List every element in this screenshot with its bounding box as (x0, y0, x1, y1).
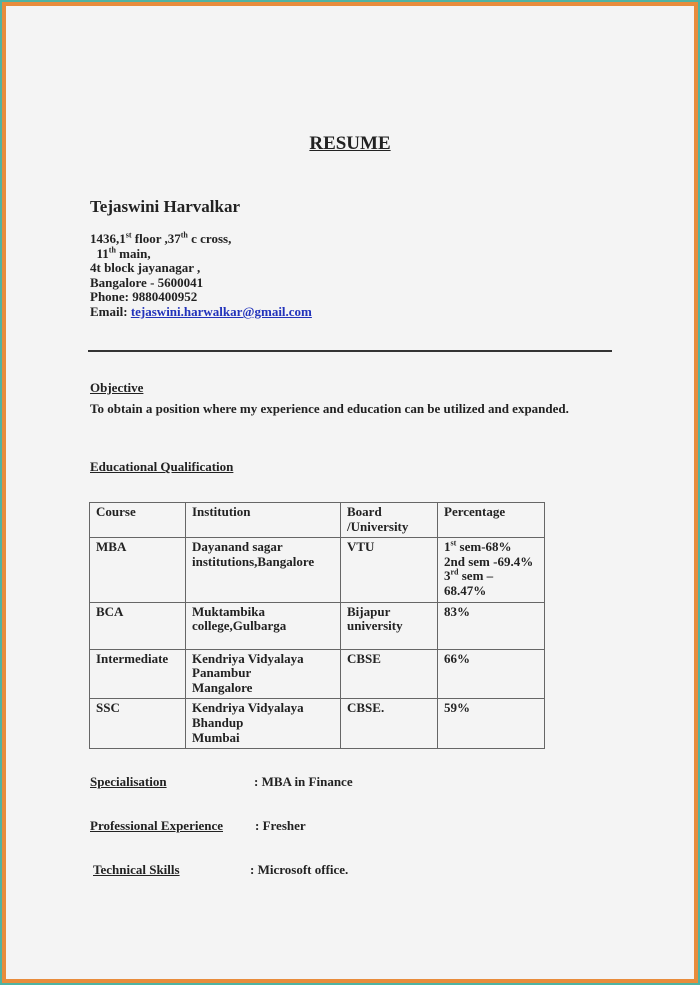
address-line-2: 11th main, (90, 247, 312, 262)
education-table: Course Institution Board/University Perc… (89, 502, 545, 749)
table-row: BCA Muktambikacollege,Gulbarga Bijapurun… (90, 602, 545, 649)
cell-percentage: 66% (438, 649, 545, 699)
skills-value: : Microsoft office. (250, 862, 348, 878)
cell-percentage: 59% (438, 699, 545, 749)
address-line-1: 1436,1st floor ,37th c cross, (90, 232, 312, 247)
resume-title: RESUME (0, 133, 700, 155)
header-board: Board/University (341, 503, 438, 538)
table-row: MBA Dayanand sagarinstitutions,Bangalore… (90, 538, 545, 602)
header-institution: Institution (186, 503, 341, 538)
objective-text: To obtain a position where my experience… (90, 401, 569, 417)
experience-value: : Fresher (255, 818, 306, 834)
cell-course: MBA (90, 538, 186, 602)
address-line-3: 4t block jayanagar , (90, 261, 312, 276)
contact-block: 1436,1st floor ,37th c cross, 11th main,… (90, 232, 312, 320)
cell-institution: Kendriya VidyalayaPanamburMangalore (186, 649, 341, 699)
specialisation-value: : MBA in Finance (254, 774, 353, 790)
email-link[interactable]: tejaswini.harwalkar@gmail.com (131, 304, 312, 319)
cell-institution: Dayanand sagarinstitutions,Bangalore (186, 538, 341, 602)
email-row: Email: tejaswini.harwalkar@gmail.com (90, 305, 312, 320)
table-row: SSC Kendriya VidyalayaBhandupMumbai CBSE… (90, 699, 545, 749)
header-course: Course (90, 503, 186, 538)
header-percentage: Percentage (438, 503, 545, 538)
objective-heading: Objective (90, 380, 143, 396)
cell-board: Bijapuruniversity (341, 602, 438, 649)
cell-course: SSC (90, 699, 186, 749)
address-line-4: Bangalore - 5600041 (90, 276, 312, 291)
education-heading: Educational Qualification (90, 459, 233, 475)
experience-label: Professional Experience (90, 818, 223, 834)
table-row: Intermediate Kendriya VidyalayaPanamburM… (90, 649, 545, 699)
phone: Phone: 9880400952 (90, 290, 312, 305)
table-header-row: Course Institution Board/University Perc… (90, 503, 545, 538)
cell-percentage: 1st sem-68% 2nd sem -69.4% 3rd sem – 68.… (438, 538, 545, 602)
skills-label: Technical Skills (93, 862, 180, 878)
cell-percentage: 83% (438, 602, 545, 649)
cell-board: CBSE (341, 649, 438, 699)
candidate-name: Tejaswini Harvalkar (90, 197, 240, 217)
cell-board: VTU (341, 538, 438, 602)
cell-course: BCA (90, 602, 186, 649)
cell-institution: Kendriya VidyalayaBhandupMumbai (186, 699, 341, 749)
horizontal-divider (88, 350, 612, 352)
cell-institution: Muktambikacollege,Gulbarga (186, 602, 341, 649)
cell-course: Intermediate (90, 649, 186, 699)
specialisation-label: Specialisation (90, 774, 167, 790)
cell-board: CBSE. (341, 699, 438, 749)
